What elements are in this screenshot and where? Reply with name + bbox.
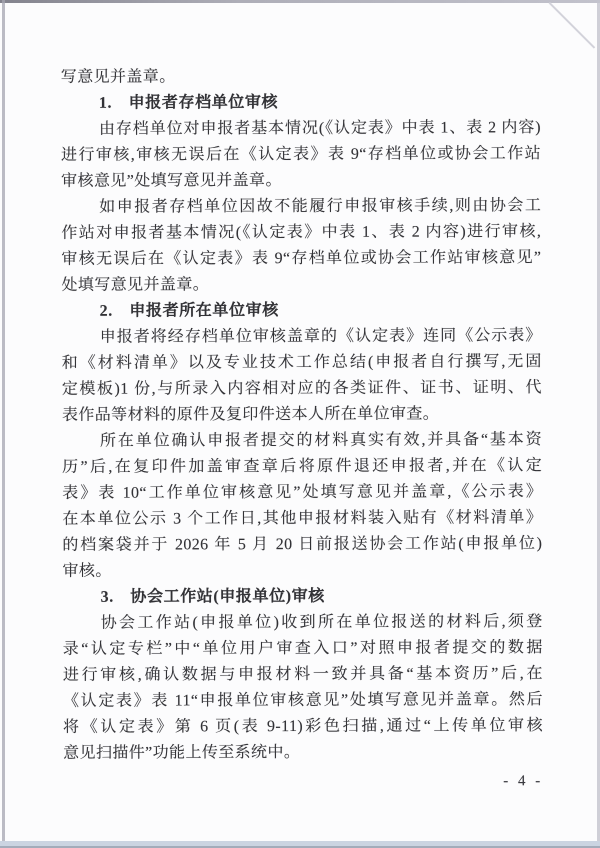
text-line: 在本单位公示 3 个工作日,其他申报材料装入贴有《材料清单》: [62, 505, 542, 533]
text-line: 定模板)1 份,与所录入内容相对应的各类证件、证书、证明、代: [62, 375, 542, 403]
text-line: 所在单位确认申报者提交的材料真实有效,并具备“基本资: [62, 427, 542, 455]
text-line: 表》表 10“工作单位审核意见”处填写意见并盖章,《公示表》: [62, 479, 542, 507]
text-line: 进行审核,审核无误后在《认定表》表 9“存档单位或协会工作站: [61, 141, 541, 169]
section-heading-1: 1. 申报者存档单位审核: [61, 89, 541, 117]
section-heading-2: 2. 申报者所在单位审核: [62, 297, 542, 325]
page-corner-fold: [549, 2, 596, 49]
text-line: 表作品等材料的原件及复印件送本人所在单位审查。: [62, 401, 542, 429]
section-heading-3: 3. 协会工作站(申报单位)审核: [63, 583, 543, 611]
document-body: 写意见并盖章。 1. 申报者存档单位审核 由存档单位对申报者基本情况(《认定表》…: [61, 63, 544, 794]
text-line: 审核意见”处填写意见并盖章。: [61, 167, 541, 195]
scan-edge-left: [2, 0, 5, 848]
text-line: 审核。: [62, 557, 542, 585]
text-line: 申报者将经存档单位审核盖章的《认定表》连同《公示表》: [62, 323, 542, 351]
text-line: 由存档单位对申报者基本情况(《认定表》中表 1、表 2 内容): [61, 115, 541, 143]
text-line: 进行审核,确认数据与申报材料一致并具备“基本资历”后,在: [63, 661, 543, 689]
text-line: 《认定表》表 11“申报单位审核意见”处填写意见并盖章。然后: [63, 687, 543, 715]
text-line: 将《认定表》第 6 页(表 9-11)彩色扫描,通过“上传单位审核: [63, 713, 543, 741]
text-line: 如申报者存档单位因故不能履行申报审核手续,则由协会工: [61, 193, 541, 221]
text-line: 和《材料清单》以及专业技术工作总结(申报者自行撰写,无固: [62, 349, 542, 377]
page-number: - 4 -: [63, 770, 543, 794]
text-line: 写意见并盖章。: [61, 63, 541, 91]
scan-edge-top: [0, 0, 600, 3]
text-line: 录“认定专栏”中“单位用户审查入口”对照申报者提交的数据: [63, 635, 543, 663]
text-line: 意见扫描件”功能上传至系统中。: [63, 739, 543, 767]
text-line: 审核无误后在《认定表》表 9“存档单位或协会工作站审核意见”: [61, 245, 541, 273]
text-line: 协会工作站(申报单位)收到所在单位报送的材料后,须登: [63, 609, 543, 637]
scanned-document-page: 写意见并盖章。 1. 申报者存档单位审核 由存档单位对申报者基本情况(《认定表》…: [0, 0, 600, 848]
text-line: 历”后,在复印件加盖审查章后将原件退还申报者,并在《认定: [62, 453, 542, 481]
text-line: 作站对申报者基本情况(《认定表》中表 1、表 2 内容)进行审核,: [61, 219, 541, 247]
text-line: 处填写意见并盖章。: [61, 271, 541, 299]
text-line: 的档案袋并于 2026 年 5 月 20 日前报送协会工作站(申报单位): [62, 531, 542, 559]
